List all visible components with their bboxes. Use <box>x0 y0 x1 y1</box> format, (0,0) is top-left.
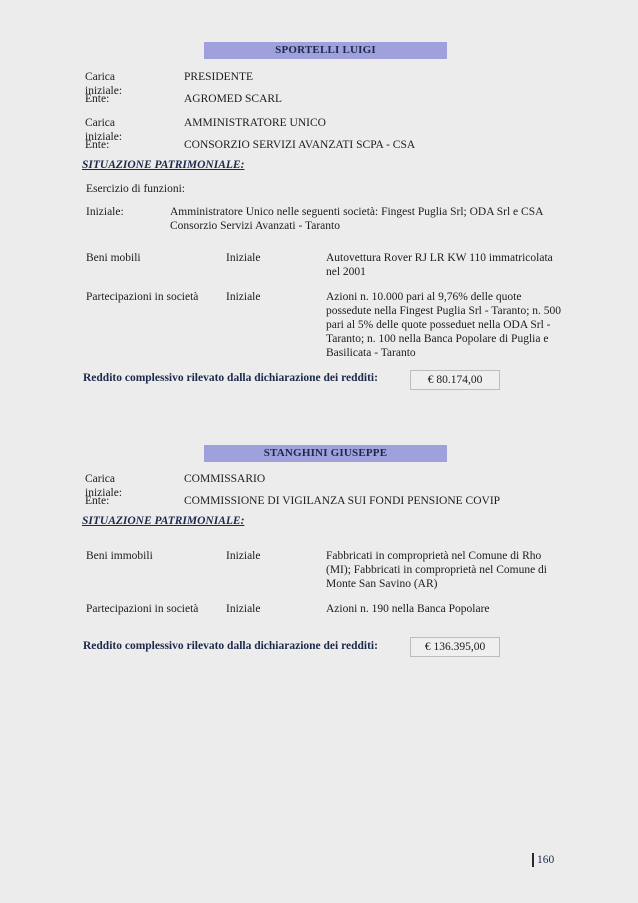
asset-description: Fabbricati in comproprietà nel Comune di… <box>326 549 566 591</box>
ente-value: AGROMED SCARL <box>184 92 282 106</box>
asset-period: Iniziale <box>226 549 260 563</box>
carica-value: COMMISSARIO <box>184 472 265 486</box>
carica-value: PRESIDENTE <box>184 70 253 84</box>
ente-value: CONSORZIO SERVIZI AVANZATI SCPA - CSA <box>184 138 415 152</box>
section-title: SITUAZIONE PATRIMONIALE: <box>82 515 244 527</box>
carica-value: AMMINISTRATORE UNICO <box>184 116 326 130</box>
iniziale-label: Iniziale: <box>86 205 124 219</box>
person-name-header: STANGHINI GIUSEPPE <box>204 445 447 462</box>
income-value: € 80.174,00 <box>410 370 500 390</box>
page-number: 160 <box>532 853 554 867</box>
asset-period: Iniziale <box>226 251 260 265</box>
income-value: € 136.395,00 <box>410 637 500 657</box>
ente-value: COMMISSIONE DI VIGILANZA SUI FONDI PENSI… <box>184 494 500 508</box>
iniziale-text-cont: Consorzio Servizi Avanzati - Taranto <box>170 219 340 233</box>
asset-type: Beni immobili <box>86 549 153 563</box>
person-name-header: SPORTELLI LUIGI <box>204 42 447 59</box>
document-page: SPORTELLI LUIGI Carica iniziale: PRESIDE… <box>0 0 638 903</box>
income-label: Reddito complessivo rilevato dalla dichi… <box>83 372 378 384</box>
iniziale-text: Amministratore Unico nelle seguenti soci… <box>170 205 543 219</box>
esercizio-label: Esercizio di funzioni: <box>86 182 185 196</box>
ente-label: Ente: <box>85 494 109 508</box>
asset-type: Partecipazioni in società <box>86 602 198 616</box>
asset-description: Azioni n. 10.000 pari al 9,76% delle quo… <box>326 290 566 360</box>
asset-type: Partecipazioni in società <box>86 290 198 304</box>
asset-period: Iniziale <box>226 602 260 616</box>
section-title: SITUAZIONE PATRIMONIALE: <box>82 159 244 171</box>
income-label: Reddito complessivo rilevato dalla dichi… <box>83 640 378 652</box>
asset-period: Iniziale <box>226 290 260 304</box>
asset-description: Autovettura Rover RJ LR KW 110 immatrico… <box>326 251 566 279</box>
asset-type: Beni mobili <box>86 251 141 265</box>
asset-description: Azioni n. 190 nella Banca Popolare <box>326 602 566 616</box>
ente-label: Ente: <box>85 92 109 106</box>
ente-label: Ente: <box>85 138 109 152</box>
